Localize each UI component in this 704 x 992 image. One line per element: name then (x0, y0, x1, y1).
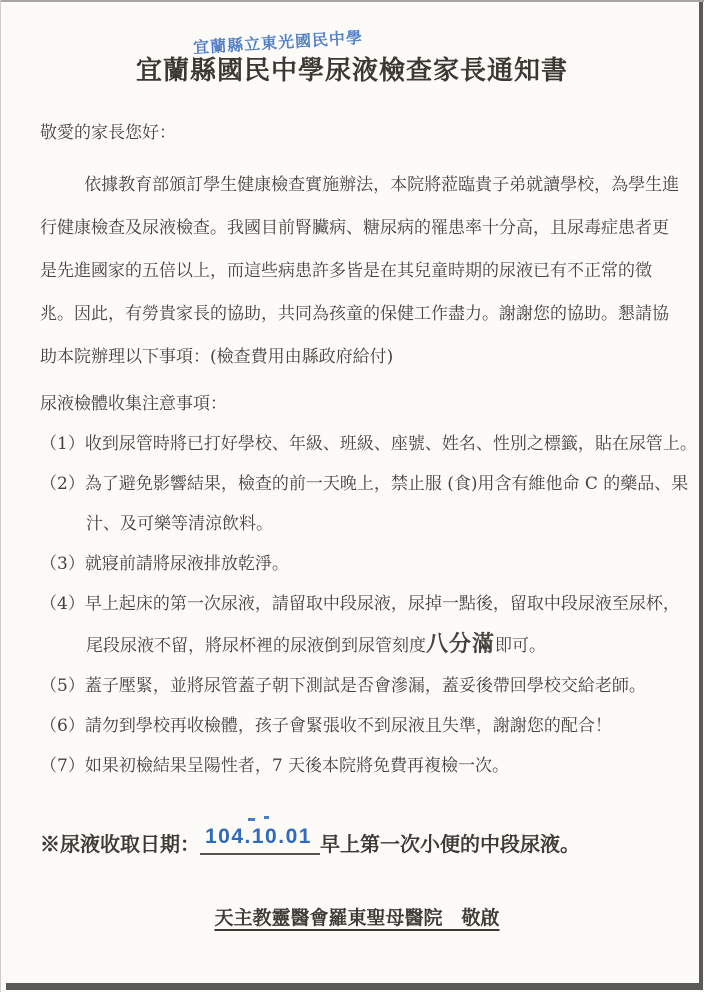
scanned-notice-page: 宜蘭縣立東光國民中學 宜蘭縣國民中學尿液檢查家長通知書 敬愛的家長您好： 依據教… (0, 0, 704, 992)
item4-text-end: 即可。 (495, 636, 546, 656)
scan-edge-bottom (6, 983, 703, 990)
list-item-6: （6）請勿到學校再收檢體，孩子會緊張收不到尿液且失準，謝謝您的配合！ (40, 706, 674, 746)
intro-line: 助本院辦理以下事項：(檢查費用由縣政府給付) (40, 336, 674, 379)
intro-line: 依據教育部頒訂學生健康檢查實施辦法，本院將蒞臨貴子弟就讀學校，為學生進 (40, 164, 674, 207)
date-stamp-value: 104.10.01 (205, 825, 312, 849)
list-item-2-continuation: 汁、及可樂等清涼飲料。 (40, 504, 674, 544)
list-item-7: （7）如果初檢結果呈陽性者，7 天後本院將免費再複檢一次。 (40, 746, 674, 786)
section-heading: 尿液檢體收集注意事項： (40, 392, 674, 416)
item4-text: 尾段尿液不留，將尿杯裡的尿液倒到尿管刻度 (86, 636, 426, 656)
scan-edge-left (0, 0, 1, 992)
intro-line: 行健康檢查及尿液檢查。我國目前腎臟病、糖尿病的罹患率十分高，且尿毒症患者更 (40, 207, 674, 250)
list-item-4-continuation: 尾段尿液不留，將尿杯裡的尿液倒到尿管刻度八分滿即可。 (40, 624, 674, 666)
scan-edge-top (0, 0, 704, 2)
instruction-list: （1）收到尿管時將已打好學校、年級、班級、座號、姓名、性別之標籤，貼在尿管上。 … (40, 424, 674, 786)
intro-line: 兆。因此，有勞貴家長的協助，共同為孩童的保健工作盡力。謝謝您的協助。懇請協 (40, 293, 674, 336)
list-item-4: （4）早上起床的第一次尿液，請留取中段尿液，尿掉一點後，留取中段尿液至尿杯， (40, 584, 674, 624)
salutation: 敬愛的家長您好： (40, 121, 674, 145)
hospital-signature: 天主教靈醫會羅東聖母醫院 敬啟 (40, 903, 674, 930)
list-item-2: （2）為了避免影響結果，檢查的前一天晚上，禁止服 (食)用含有維他命 C 的藥品… (40, 464, 674, 504)
item4-emphasis-eight-tenths-full: 八分滿 (426, 631, 495, 657)
intro-paragraph: 依據教育部頒訂學生健康檢查實施辦法，本院將蒞臨貴子弟就讀學校，為學生進 行健康檢… (40, 164, 674, 379)
list-item-5: （5）蓋子壓緊，並將尿管蓋子朝下測試是否會滲漏，蓋妥後帶回學校交給老師。 (40, 666, 674, 706)
list-item-3: （3）就寢前請將尿液排放乾淨。 (40, 544, 674, 584)
list-item-1: （1）收到尿管時將已打好學校、年級、班級、座號、姓名、性別之標籤，貼在尿管上。 (40, 424, 674, 464)
collection-date-suffix: 早上第一次小便的中段尿液。 (320, 832, 580, 856)
collection-date-label: ※尿液收取日期： (40, 832, 200, 856)
stray-stamp-marks (248, 806, 278, 825)
intro-line: 是先進國家的五倍以上，而這些病患許多皆是在其兒童時期的尿液已有不正常的徵 (40, 250, 674, 293)
date-fill-in-blank: 104.10.01 (200, 831, 320, 855)
scan-edge-right (699, 2, 703, 990)
collection-date-line: ※尿液收取日期：104.10.01早上第一次小便的中段尿液。 (40, 828, 674, 857)
notice-body: 敬愛的家長您好： 依據教育部頒訂學生健康檢查實施辦法，本院將蒞臨貴子弟就讀學校，… (0, 121, 704, 930)
